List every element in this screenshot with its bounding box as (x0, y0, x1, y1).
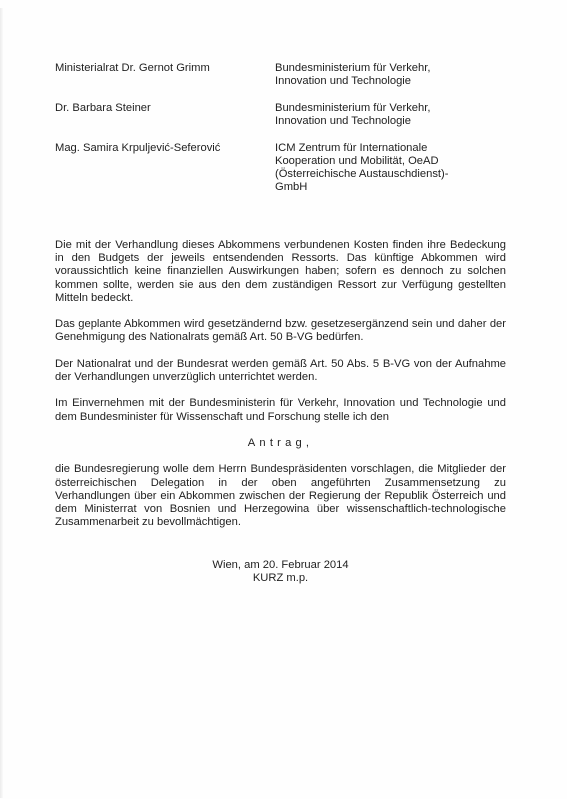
member-organization: Bundesministerium für Verkehr, Innovatio… (275, 62, 455, 88)
delegation-member: Dr. Barbara Steiner Bundesministerium fü… (55, 102, 515, 128)
member-organization: Bundesministerium für Verkehr, Innovatio… (275, 102, 455, 128)
delegation-list: Ministerialrat Dr. Gernot Grimm Bundesmi… (55, 62, 515, 208)
antrag-text: die Bundesregierung wolle dem Herrn Bund… (55, 463, 506, 529)
member-name: Dr. Barbara Steiner (55, 102, 275, 128)
scan-edge-shadow (0, 8, 3, 798)
antrag-heading: Antrag, (55, 437, 506, 450)
paragraph-agreement: Im Einvernehmen mit der Bundesministerin… (55, 397, 506, 423)
place-date: Wien, am 20. Februar 2014 (55, 559, 506, 572)
document-page: Ministerialrat Dr. Gernot Grimm Bundesmi… (0, 0, 567, 799)
delegation-member: Mag. Samira Krpuljević-Seferović ICM Zen… (55, 142, 515, 195)
delegation-member: Ministerialrat Dr. Gernot Grimm Bundesmi… (55, 62, 515, 88)
document-body: Die mit der Verhandlung dieses Abkommens… (55, 239, 506, 543)
paragraph-notification: Der Nationalrat und der Bundesrat werden… (55, 358, 506, 384)
member-name: Mag. Samira Krpuljević-Seferović (55, 142, 275, 195)
paragraph-costs: Die mit der Verhandlung dieses Abkommens… (55, 239, 506, 305)
signatory: KURZ m.p. (55, 572, 506, 585)
member-name: Ministerialrat Dr. Gernot Grimm (55, 62, 275, 88)
signature-block: Wien, am 20. Februar 2014 KURZ m.p. (55, 559, 506, 585)
member-organization: ICM Zentrum für Internationale Kooperati… (275, 142, 455, 195)
paragraph-approval: Das geplante Abkommen wird gesetzändernd… (55, 318, 506, 344)
